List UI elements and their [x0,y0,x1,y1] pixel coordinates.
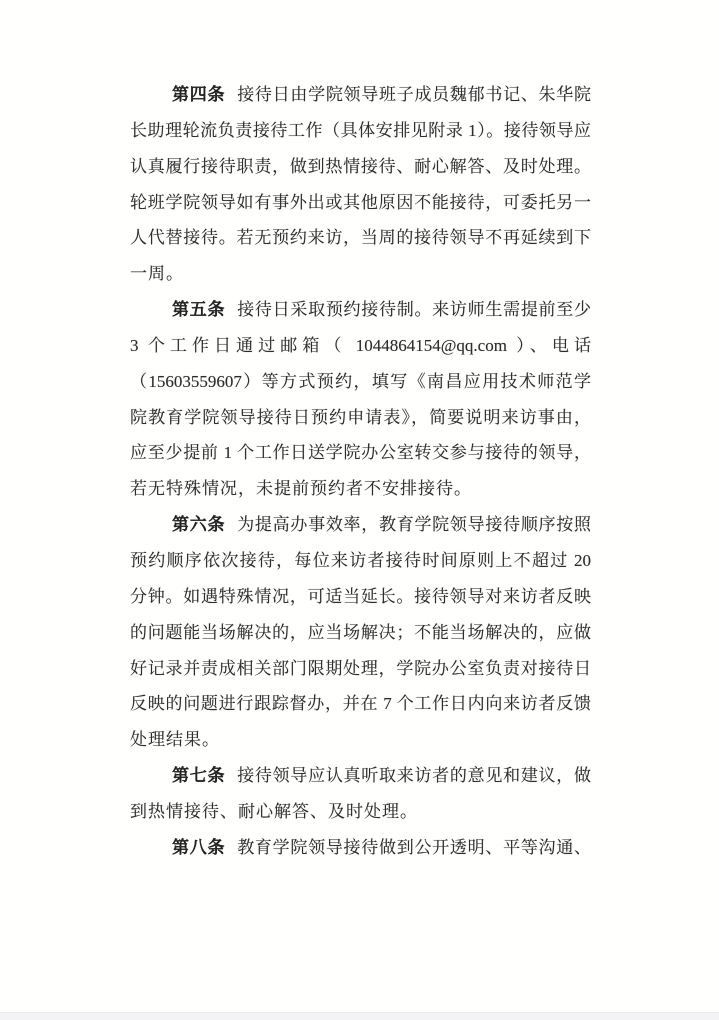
line-text: 院教育学院领导接待日预约申请表》，简要说明来访事由， [130,408,591,427]
line-text: 应至少提前 1 个工作日送学院办公室转交参与接待的领导， [130,443,591,462]
document-line: 到热情接待、耐心解答、及时处理。 [130,794,591,830]
article-number: 第六条 [172,515,225,534]
document-line: 院教育学院领导接待日预约申请表》，简要说明来访事由， [130,400,591,436]
document-line: 第五条接待日采取预约接待制。来访师生需提前至少 [130,292,591,328]
line-text: 认真履行接待职责，做到热情接待、耐心解答、及时处理。 [130,157,591,176]
document-line: 分钟。如遇特殊情况，可适当延长。接待领导对来访者反映 [130,579,591,615]
document-line: （15603559607）等方式预约，填写《南昌应用技术师范学 [130,364,591,400]
document-line: 第八条教育学院领导接待做到公开透明、平等沟通、 [130,830,591,866]
document-line: 反映的问题进行跟踪督办，并在 7 个工作日内向来访者反馈 [130,686,591,722]
line-text: 接待日由学院领导班子成员魏郁书记、朱华院 [237,85,591,104]
line-text: 3 个工作日通过邮箱（ 1044864154@qq.com ）、电话 [130,336,591,355]
document-line: 的问题能当场解决的，应当场解决；不能当场解决的，应做 [130,615,591,651]
article-number: 第四条 [172,85,225,104]
scan-edge-shadow [0,1012,719,1020]
line-text: 好记录并责成相关部门限期处理，学院办公室负责对接待日 [130,659,591,678]
line-text: （15603559607）等方式预约，填写《南昌应用技术师范学 [130,372,591,391]
document-line: 轮班学院领导如有事外出或其他原因不能接待，可委托另一 [130,185,591,221]
document-line: 3 个工作日通过邮箱（ 1044864154@qq.com ）、电话 [130,328,591,364]
article-number: 第七条 [172,766,225,785]
article-number: 第八条 [172,838,225,857]
document-line: 第七条接待领导应认真听取来访者的意见和建议，做 [130,758,591,794]
document-line: 一周。 [130,256,591,292]
line-text: 若无特殊情况，未提前预约者不安排接待。 [130,479,472,498]
document-line: 人代替接待。若无预约来访，当周的接待领导不再延续到下 [130,220,591,256]
line-text: 的问题能当场解决的，应当场解决；不能当场解决的，应做 [130,623,591,642]
article-number: 第五条 [172,300,225,319]
document-line: 长助理轮流负责接待工作（具体安排见附录 1）。接待领导应 [130,113,591,149]
document-line: 应至少提前 1 个工作日送学院办公室转交参与接待的领导， [130,435,591,471]
line-text: 到热情接待、耐心解答、及时处理。 [130,802,418,821]
document-line: 第四条接待日由学院领导班子成员魏郁书记、朱华院 [130,77,591,113]
line-text: 为提高办事效率，教育学院领导接待顺序按照 [237,515,591,534]
document-line: 预约顺序依次接待，每位来访者接待时间原则上不超过 20 [130,543,591,579]
document-line: 第六条为提高办事效率，教育学院领导接待顺序按照 [130,507,591,543]
document-line: 认真履行接待职责，做到热情接待、耐心解答、及时处理。 [130,149,591,185]
line-text: 分钟。如遇特殊情况，可适当延长。接待领导对来访者反映 [130,587,591,606]
line-text: 一周。 [130,264,184,283]
line-text: 教育学院领导接待做到公开透明、平等沟通、 [237,838,591,857]
line-text: 人代替接待。若无预约来访，当周的接待领导不再延续到下 [130,228,591,247]
document-page: 第四条接待日由学院领导班子成员魏郁书记、朱华院长助理轮流负责接待工作（具体安排见… [0,0,719,1020]
line-text: 长助理轮流负责接待工作（具体安排见附录 1）。接待领导应 [130,121,591,140]
line-text: 轮班学院领导如有事外出或其他原因不能接待，可委托另一 [130,193,591,212]
line-text: 反映的问题进行跟踪督办，并在 7 个工作日内向来访者反馈 [130,694,591,713]
document-line: 好记录并责成相关部门限期处理，学院办公室负责对接待日 [130,651,591,687]
document-text-block: 第四条接待日由学院领导班子成员魏郁书记、朱华院长助理轮流负责接待工作（具体安排见… [130,77,591,866]
line-text: 处理结果。 [130,730,220,749]
line-text: 接待领导应认真听取来访者的意见和建议，做 [237,766,591,785]
document-line: 若无特殊情况，未提前预约者不安排接待。 [130,471,591,507]
line-text: 接待日采取预约接待制。来访师生需提前至少 [237,300,591,319]
line-text: 预约顺序依次接待，每位来访者接待时间原则上不超过 20 [130,551,591,570]
document-line: 处理结果。 [130,722,591,758]
